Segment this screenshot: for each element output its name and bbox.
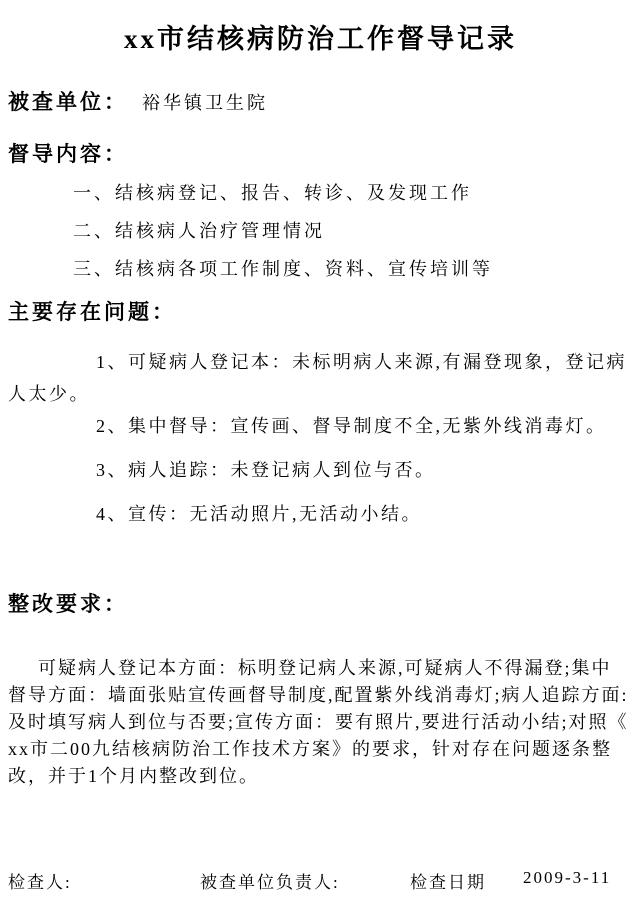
problem-item-line: 人太少。	[8, 378, 633, 410]
inspected-unit-label: 被查单位：	[8, 90, 128, 114]
supervision-item: 三、结核病各项工作制度、资料、宣传培训等	[73, 257, 641, 281]
unit-head-label: 被查单位负责人:	[200, 868, 340, 893]
rectification-paragraph: 可疑病人登记本方面：标明登记病人来源,可疑病人不得漏登;集中 督导方面：墙面张贴…	[8, 655, 635, 790]
inspection-date-value: 2009-3-11	[523, 868, 611, 888]
rectification-paragraph-line: 及时填写病人到位与否要;宣传方面：要有照片,要进行活动小结;对照《	[8, 709, 635, 736]
problem-item: 4、宣传：无活动照片,无活动小结。	[8, 498, 633, 530]
main-problems-heading: 主要存在问题：	[8, 298, 641, 326]
document-page: xx市结核病防治工作督导记录 被查单位：裕华镇卫生院 督导内容： 一、结核病登记…	[0, 0, 641, 899]
problem-item-line: 2、集中督导：宣传画、督导制度不全,无紫外线消毒灯。	[8, 410, 633, 442]
problem-item: 2、集中督导：宣传画、督导制度不全,无紫外线消毒灯。	[8, 410, 633, 442]
document-title: xx市结核病防治工作督导记录	[0, 0, 641, 55]
problem-item: 3、病人追踪：未登记病人到位与否。	[8, 454, 633, 486]
main-problems-list: 1、可疑病人登记本：未标明病人来源,有漏登现象，登记病 人太少。 2、集中督导：…	[0, 346, 641, 530]
supervision-item: 二、结核病人治疗管理情况	[73, 219, 641, 243]
signature-row: 检查人: 被查单位负责人: 检查日期 2009-3-11	[0, 868, 641, 894]
supervision-content-list: 一、结核病登记、报告、转诊、及发现工作 二、结核病人治疗管理情况 三、结核病各项…	[0, 181, 641, 281]
rectification-paragraph-line: 可疑病人登记本方面：标明登记病人来源,可疑病人不得漏登;集中	[8, 655, 635, 682]
rectification-paragraph-line: xx市二00九结核病防治工作技术方案》的要求，针对存在问题逐条整	[8, 736, 635, 763]
inspected-unit-row: 被查单位：裕华镇卫生院	[8, 88, 641, 116]
inspector-label: 检查人:	[8, 868, 72, 893]
inspected-unit-value: 裕华镇卫生院	[142, 93, 268, 113]
supervision-item: 一、结核病登记、报告、转诊、及发现工作	[73, 181, 641, 205]
problem-item-line: 1、可疑病人登记本：未标明病人来源,有漏登现象，登记病	[8, 346, 633, 378]
inspection-date-label: 检查日期	[410, 868, 486, 893]
rectification-heading: 整改要求：	[8, 590, 641, 618]
rectification-paragraph-line: 督导方面：墙面张贴宣传画督导制度,配置紫外线消毒灯;病人追踪方面:	[8, 682, 635, 709]
problem-item: 1、可疑病人登记本：未标明病人来源,有漏登现象，登记病 人太少。	[8, 346, 633, 410]
supervision-content-heading: 督导内容：	[8, 140, 641, 168]
problem-item-line: 4、宣传：无活动照片,无活动小结。	[8, 498, 633, 530]
problem-item-line: 3、病人追踪：未登记病人到位与否。	[8, 454, 633, 486]
rectification-paragraph-line: 改，并于1个月内整改到位。	[8, 763, 635, 790]
